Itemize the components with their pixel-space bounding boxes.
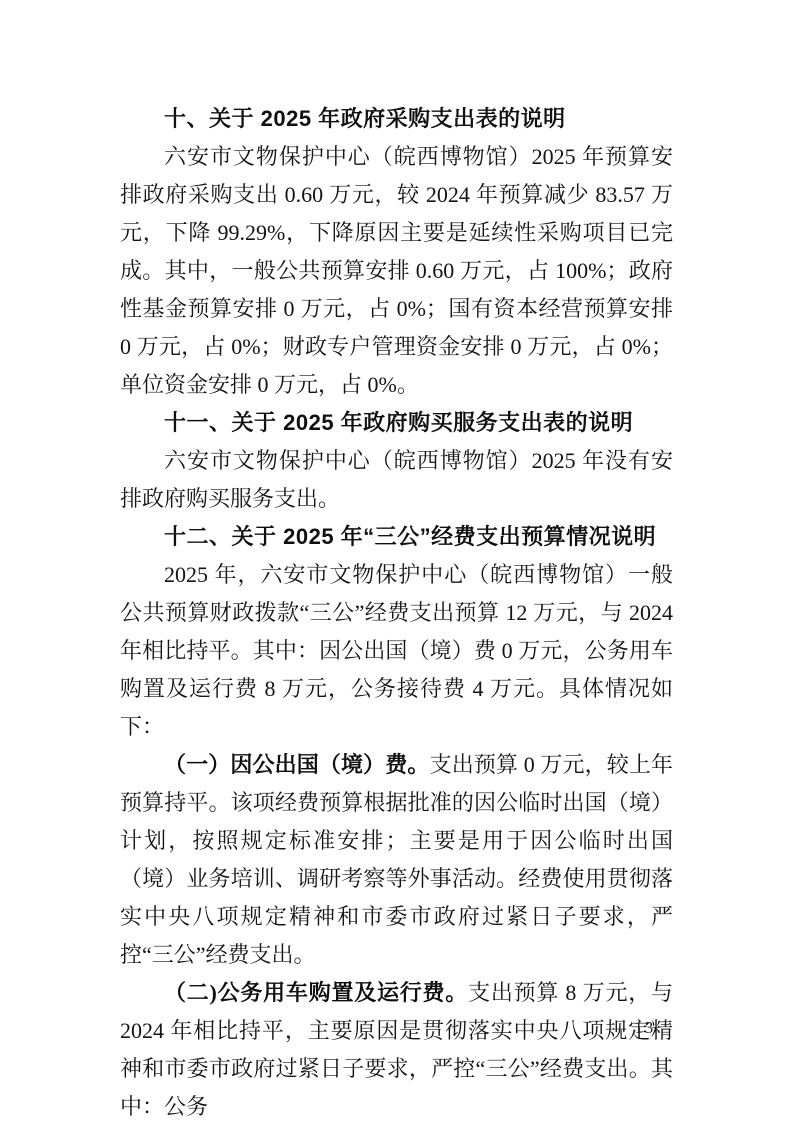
paragraph-government-procurement: 六安市文物保护中心（皖西博物馆）2025 年预算安排政府采购支出 0.60 万元… <box>120 138 673 404</box>
subitem-lead-overseas-travel: （一）因公出国（境）费。 <box>164 752 430 777</box>
subitem-text-overseas-travel: 支出预算 0 万元，较上年预算持平。该项经费预算根据批准的因公临时出国（境）计划… <box>120 752 673 967</box>
section-heading-purchased-services: 十一、关于 2025 年政府购买服务支出表的说明 <box>120 404 673 442</box>
subitem-lead-official-vehicles: （二)公务用车购置及运行费。 <box>164 980 468 1005</box>
document-body: 十、关于 2025 年政府采购支出表的说明 六安市文物保护中心（皖西博物馆）20… <box>120 100 673 1122</box>
paragraph-purchased-services: 六安市文物保护中心（皖西博物馆）2025 年没有安排政府购买服务支出。 <box>120 442 673 518</box>
document-page: 十、关于 2025 年政府采购支出表的说明 六安市文物保护中心（皖西博物馆）20… <box>0 0 793 1122</box>
section-heading-three-public-expenses: 十二、关于 2025 年“三公”经费支出预算情况说明 <box>120 518 673 556</box>
paragraph-three-public-overview: 2025 年，六安市文物保护中心（皖西博物馆）一般公共预算财政拨款“三公”经费支… <box>120 556 673 746</box>
paragraph-official-vehicles: （二)公务用车购置及运行费。支出预算 8 万元，与 2024 年相比持平，主要原… <box>120 974 673 1122</box>
paragraph-overseas-travel: （一）因公出国（境）费。支出预算 0 万元，较上年预算持平。该项经费预算根据批准… <box>120 746 673 974</box>
section-heading-government-procurement: 十、关于 2025 年政府采购支出表的说明 <box>120 100 673 138</box>
page-number: – 13 – <box>618 1018 673 1038</box>
